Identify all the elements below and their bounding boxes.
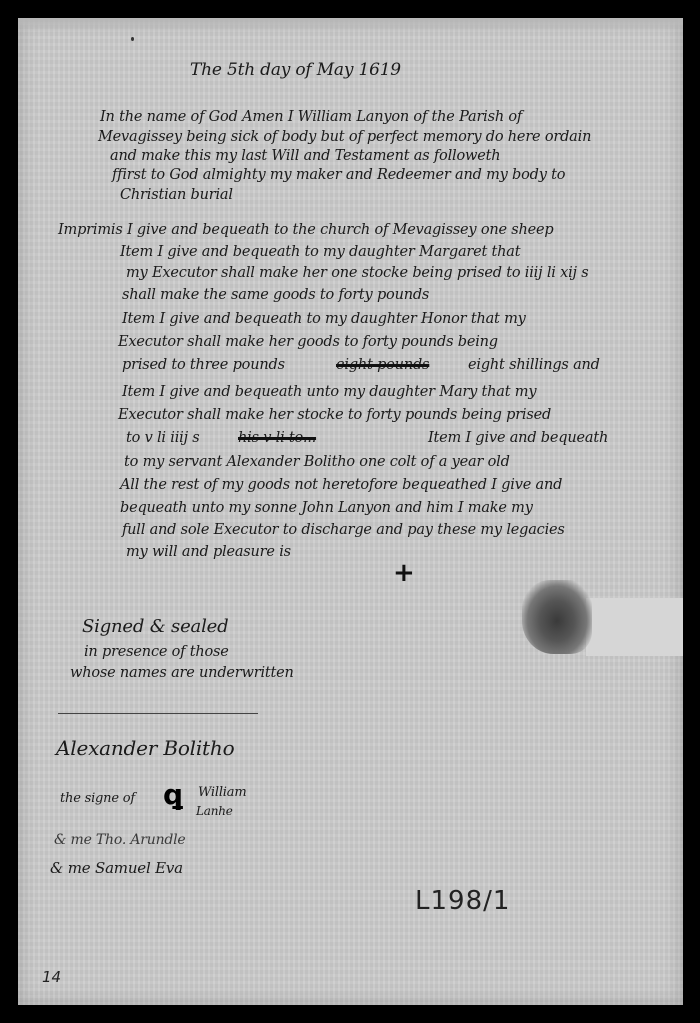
struck-text-1: eight pounds [336,358,429,373]
archive-reference: L198/1 [415,886,510,916]
attestation-line-2: in presence of those [84,645,229,660]
document-heading: The 5th day of May 1619 [190,60,401,80]
bequest-line-2: Item I give and bequeath to my daughter … [120,245,520,260]
bequest-line-7b: eight shillings and [468,358,600,373]
witness-merchant-mark-icon: ꝗ [163,778,183,811]
bequest-line-12: to my servant Alexander Bolitho one colt… [124,455,510,470]
struck-text-2: his v li to... [238,431,316,446]
bequest-line-3: my Executor shall make her one stocke be… [126,266,588,281]
attestation-line-3: whose names are underwritten [70,666,294,681]
witness-line-arundle: & me Tho. Arundle [54,833,186,847]
bequest-line-14: bequeath unto my sonne John Lanyon and h… [120,501,533,516]
bequest-line-1: Imprimis I give and bequeath to the chur… [58,223,554,238]
folio-number: 14 [42,968,61,986]
preamble-line-3: and make this my last Will and Testament… [110,149,500,164]
ink-speck [131,37,134,41]
testator-mark-cross: + [393,558,415,588]
witness-line-samuel-eva: & me Samuel Eva [50,861,183,876]
manuscript-page: The 5th day of May 1619 In the name of G… [18,18,683,1005]
preamble-line-5: Christian burial [120,188,233,203]
torn-top-edge [18,18,683,32]
witness-mark-name-bottom: Lanhe [196,805,233,817]
bequest-line-6: Executor shall make her goods to forty p… [118,335,498,350]
bequest-line-5: Item I give and bequeath to my daughter … [122,312,526,327]
bequest-line-7: prised to three pounds [122,358,285,373]
witness-signature-alexander-bolitho: Alexander Bolitho [56,736,234,760]
bequest-line-16: my will and pleasure is [126,545,291,560]
ink-stain [522,580,592,654]
bequest-line-13: All the rest of my goods not heretofore … [120,478,562,493]
preamble-line-4: ffirst to God almighty my maker and Rede… [112,168,565,183]
preamble-line-2: Mevagissey being sick of body but of per… [98,130,591,145]
paper-repair-patch [586,598,683,656]
witness-mark-prefix: the signe of [60,792,135,805]
witness-mark-name-top: William [198,786,246,799]
bequest-line-9: Executor shall make her stocke to forty … [118,408,551,423]
signature-rule [58,713,258,714]
bequest-line-15: full and sole Executor to discharge and … [122,523,565,538]
bequest-line-4: shall make the same goods to forty pound… [122,288,429,303]
bequest-line-8: Item I give and bequeath unto my daughte… [122,385,536,400]
attestation-line-1: Signed & sealed [82,616,228,637]
bequest-line-10: to v li iiij s [126,431,200,446]
bequest-line-11: Item I give and bequeath [428,431,608,446]
preamble-line-1: In the name of God Amen I William Lanyon… [100,110,522,125]
